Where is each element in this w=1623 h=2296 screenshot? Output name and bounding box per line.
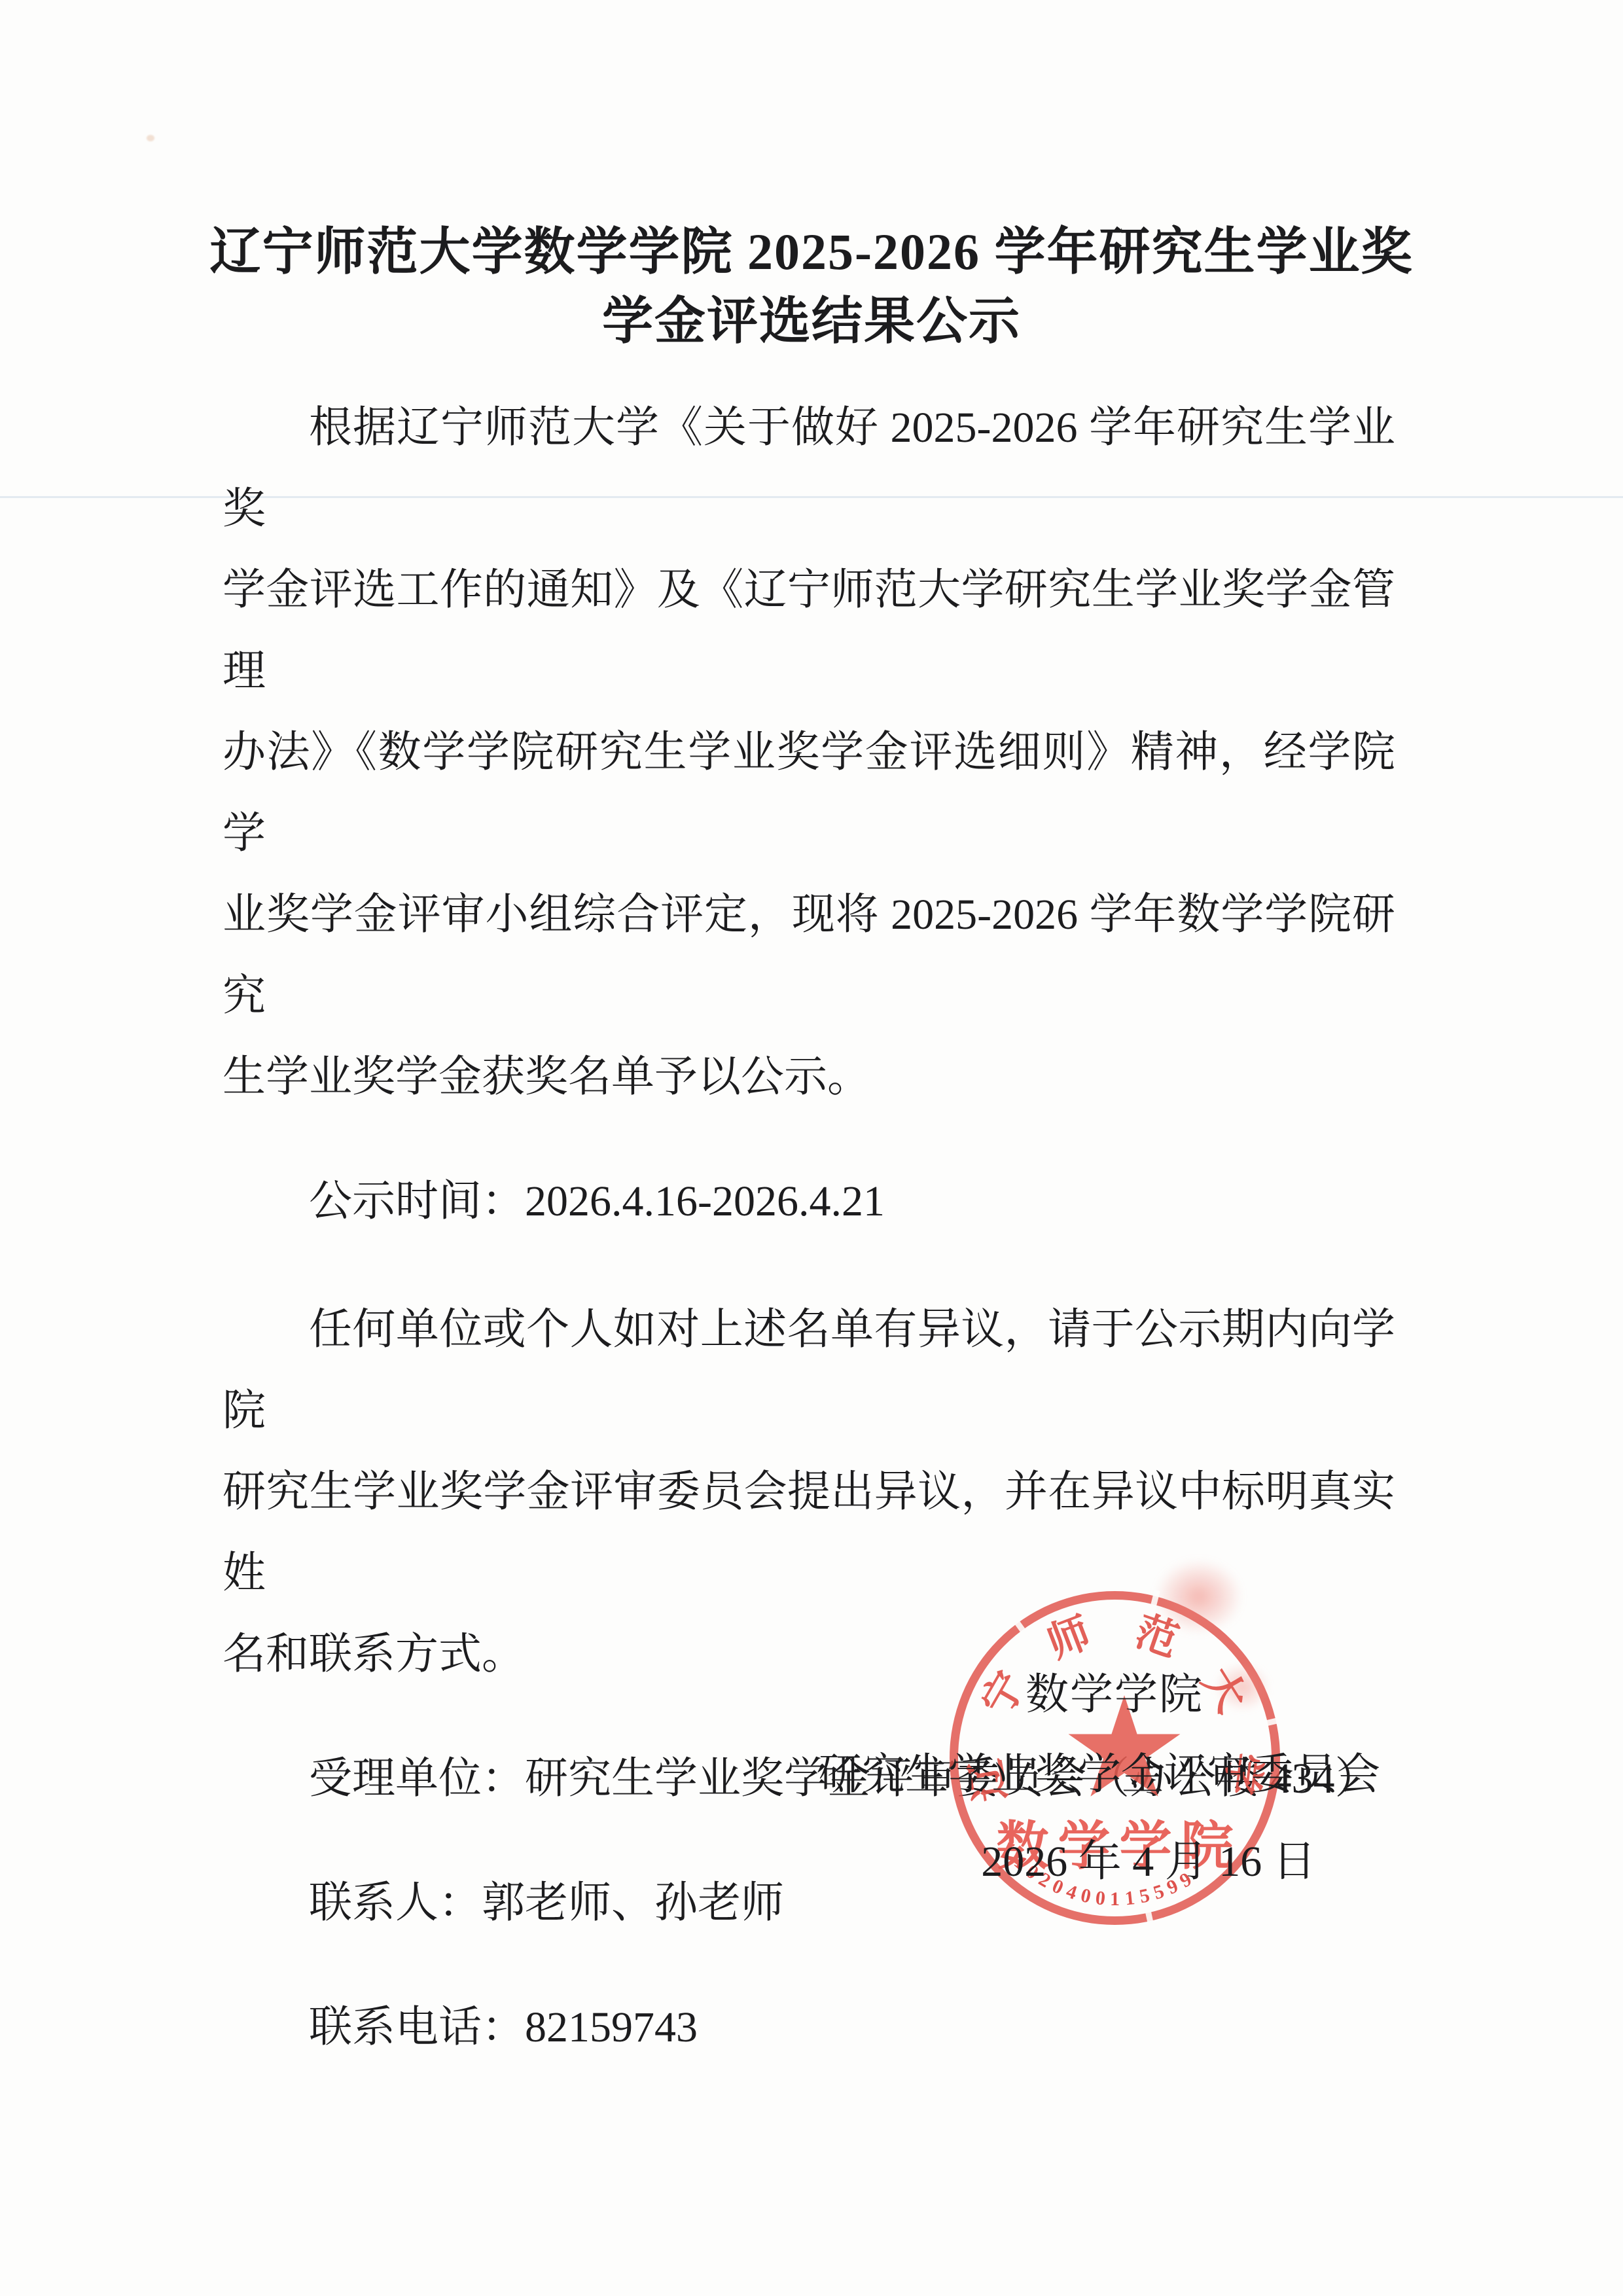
signature-date: 2026 年 4 月 16 日: [981, 1821, 1316, 1903]
body-line: 学金评选工作的通知》及《辽宁师范大学研究生学业奖学金管理: [223, 550, 1395, 712]
title-line: 学金评选结果公示: [0, 287, 1623, 356]
body-line: 联系电话：82159743: [223, 1987, 1395, 2068]
body-line: 公示时间：2026.4.16-2026.4.21: [223, 1161, 1395, 1242]
document-page: 辽宁师范大学数学学院 2025-2026 学年研究生学业奖 学金评选结果公示 根…: [0, 0, 1623, 2296]
body-line: 业奖学金评审小组综合评定，现将 2025-2026 学年数学学院研究: [223, 874, 1395, 1037]
body-line: 根据辽宁师范大学《关于做好 2025-2026 学年研究生学业奖: [223, 387, 1395, 550]
body-line: 办法》《数学学院研究生学业奖学金评选细则》精神，经学院学: [223, 712, 1395, 874]
body-line: 生学业奖学金获奖名单予以公示。: [223, 1037, 1395, 1118]
signature-org-line2: 研究生学业奖学金评审委员会: [819, 1734, 1380, 1816]
title-line: 辽宁师范大学数学学院 2025-2026 学年研究生学业奖: [0, 217, 1623, 287]
document-title: 辽宁师范大学数学学院 2025-2026 学年研究生学业奖 学金评选结果公示: [0, 0, 1623, 356]
body-line: 任何单位或个人如对上述名单有异议，请于公示期内向学院: [223, 1289, 1395, 1452]
seal-ring-notch: [1011, 1617, 1029, 1639]
scan-artifact-dot: [147, 135, 154, 141]
signature-org-line1: 数学学院: [1026, 1655, 1204, 1736]
